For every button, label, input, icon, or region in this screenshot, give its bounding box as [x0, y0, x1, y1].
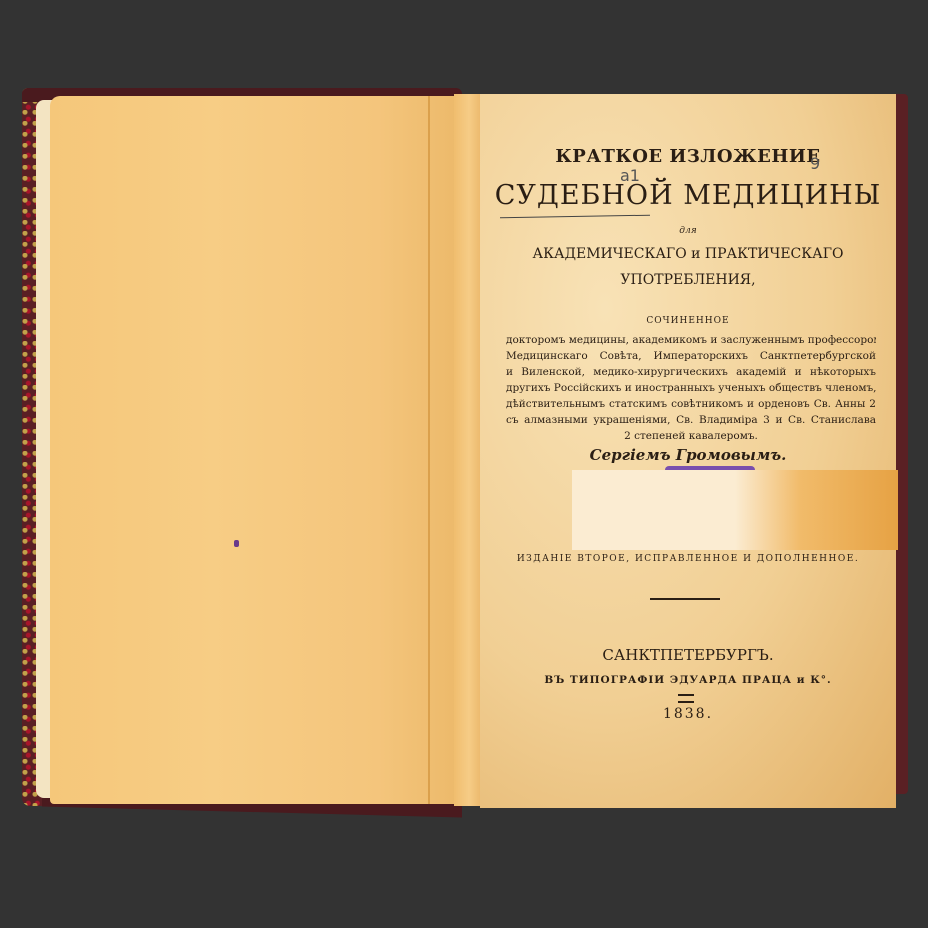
composed-label: СОЧИНЕННОЕ — [480, 316, 896, 326]
year-line: 1838. — [480, 706, 896, 722]
edition-line: ИЗДАНІЕ ВТОРОЕ, ИСПРАВЛЕННОЕ И ДОПОЛНЕНН… — [480, 554, 896, 564]
credential-line: 2 степеней кавалеромъ. — [506, 428, 876, 444]
paper-tape-strip — [572, 470, 898, 550]
double-rule — [678, 694, 694, 703]
credential-line: дѣйствительнымъ статскимъ совѣтникомъ и … — [506, 396, 876, 412]
pencil-underline — [500, 215, 650, 219]
credential-line: Медицинскаго Совѣта, Императорскихъ Санк… — [506, 348, 876, 364]
open-book: КРАТКОЕ ИЗЛОЖЕНИЕ a1 9 СУДЕБНОЙ МЕДИЦИНЫ… — [22, 88, 906, 812]
credential-line: и Виленской, медико-хирургическихъ акаде… — [506, 364, 876, 380]
page-fold-line — [428, 96, 430, 804]
purpose-line-2: УПОТРЕБЛЕНИЯ, — [480, 272, 896, 288]
author-name: Сергіемъ Громовымъ. — [480, 446, 896, 464]
credential-line: съ алмазными украшеніями, Св. Владиміра … — [506, 412, 876, 428]
title-line-2: СУДЕБНОЙ МЕДИЦИНЫ — [480, 180, 896, 211]
printer-line: ВЪ ТИПОГРАФІИ ЭДУАРДА ПРАЦА и К°. — [480, 674, 896, 686]
credential-line: докторомъ медицины, академикомъ и заслуж… — [506, 332, 876, 348]
title-page: КРАТКОЕ ИЗЛОЖЕНИЕ a1 9 СУДЕБНОЙ МЕДИЦИНЫ… — [480, 94, 896, 808]
for-text: для — [480, 226, 896, 236]
city-line: САНКТПЕТЕРБУРГЪ. — [480, 646, 896, 664]
credential-line: другихъ Россійскихъ и иностранныхъ учены… — [506, 380, 876, 396]
blank-flyleaf-page — [50, 96, 460, 804]
ink-mark — [234, 540, 239, 547]
pencil-note: 9 — [810, 154, 820, 173]
title-line-1: КРАТКОЕ ИЗЛОЖЕНИЕ — [480, 146, 896, 167]
ornament-rule — [650, 598, 720, 600]
author-credentials: докторомъ медицины, академикомъ и заслуж… — [506, 332, 876, 444]
purpose-line-1: АКАДЕМИЧЕСКАГО и ПРАКТИЧЕСКАГО — [480, 246, 896, 262]
